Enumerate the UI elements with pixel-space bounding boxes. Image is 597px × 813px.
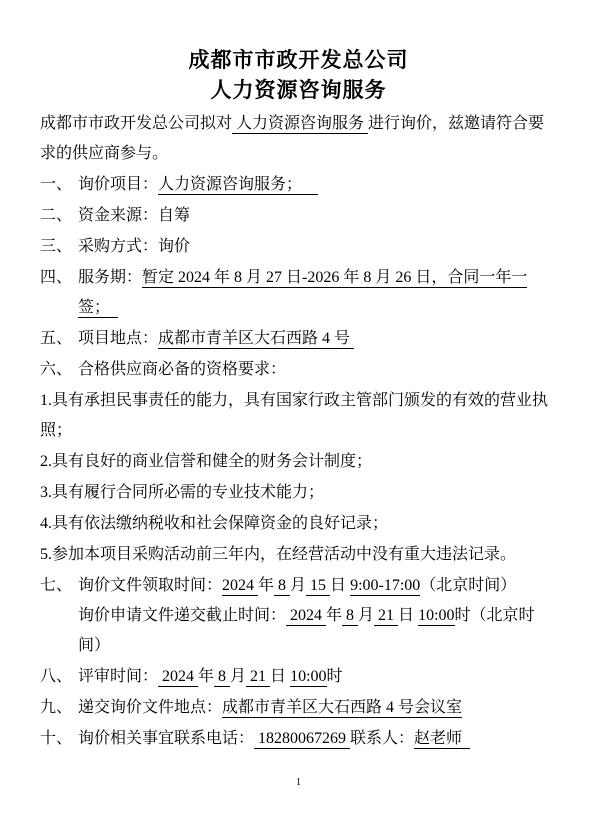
- clause-item: 六、合格供应商必备的资格要求：: [40, 355, 557, 385]
- underlined-value: 8: [214, 668, 230, 687]
- text-segment: 日: [330, 577, 350, 594]
- document-title-line-1: 成都市市政开发总公司: [40, 45, 557, 75]
- underlined-value: 8: [274, 577, 290, 596]
- underlined-value: 15: [306, 577, 330, 596]
- clause-item: 四、服务期：暂定 2024 年 8 月 27 日-2026 年 8 月 26 日…: [40, 263, 557, 323]
- underlined-value: 9:00-17:00: [350, 577, 420, 596]
- text-segment: 年: [198, 668, 214, 685]
- clause-paragraph: 询价申请文件递交截止时间： 2024 年 8 月 21 日 10:00时（北京时…: [78, 601, 557, 661]
- clause-paragraph: 4.具有依法缴纳税收和社会保障资金的良好记录；: [40, 509, 557, 539]
- clause-item: 十、询价相关事宜联系电话： 18280067269 联系人：赵老师: [40, 724, 557, 754]
- item-number-label: 一、: [40, 170, 78, 200]
- text-segment: 联系人：: [350, 730, 414, 747]
- item-number-label: 七、: [40, 571, 78, 601]
- document-page: 成都市市政开发总公司 人力资源咨询服务 成都市市政开发总公司拟对 人力资源咨询服…: [0, 0, 597, 813]
- clause-paragraph: 八、评审时间： 2024 年 8 月 21 日 10:00时: [78, 662, 557, 692]
- clause-paragraph: 四、服务期：暂定 2024 年 8 月 27 日-2026 年 8 月 26 日…: [78, 263, 557, 323]
- text-segment: 成都市市政开发总公司拟对: [40, 115, 232, 132]
- text-segment: 年: [326, 607, 342, 624]
- sub-clause-item: 1.具有承担民事责任的能力，具有国家行政主管部门颁发的有效的营业执照；: [40, 386, 557, 446]
- clause-paragraph: 一、询价项目：人力资源咨询服务；: [78, 170, 557, 200]
- item-number-label: 四、: [40, 263, 78, 293]
- text-segment: 4.具有依法缴纳税收和社会保障资金的良好记录；: [40, 515, 388, 532]
- text-segment: 评审时间：: [78, 668, 158, 685]
- clause-paragraph: 2.具有良好的商业信誉和健全的财务会计制度；: [40, 447, 557, 477]
- clause-paragraph: 九、递交询价文件地点：成都市青羊区大石西路 4 号会议室: [78, 693, 557, 723]
- underlined-value: 成都市青羊区大石西路 4 号会议室: [222, 699, 462, 718]
- clause-item: 三、采购方式：询价: [40, 232, 557, 262]
- clause-paragraph: 五、项目地点：成都市青羊区大石西路 4 号: [78, 324, 557, 354]
- clause-paragraph: 二、资金来源：自筹: [78, 201, 557, 231]
- underlined-value: 2024: [158, 668, 198, 687]
- item-number-label: 二、: [40, 201, 78, 231]
- text-segment: 3.具有履行合同所必需的专业技术能力；: [40, 484, 324, 501]
- underlined-value: 21: [374, 607, 398, 626]
- item-number-label: 三、: [40, 232, 78, 262]
- text-segment: 1.具有承担民事责任的能力，具有国家行政主管部门颁发的有效的营业执照；: [40, 392, 548, 439]
- text-segment: 询价申请文件递交截止时间：: [78, 607, 286, 624]
- clause-paragraph: 3.具有履行合同所必需的专业技术能力；: [40, 478, 557, 508]
- text-segment: 合格供应商必备的资格要求：: [78, 361, 286, 378]
- document-title-line-2: 人力资源咨询服务: [40, 75, 557, 105]
- text-segment: （北京时间）: [420, 577, 516, 594]
- underlined-value: 18280067269: [254, 730, 350, 749]
- sub-clause-item: 5.参加本项目采购活动前三年内，在经营活动中没有重大违法记录。: [40, 540, 557, 570]
- clause-paragraph: 七、询价文件领取时间：2024 年 8 月 15 日 9:00-17:00（北京…: [78, 571, 557, 601]
- text-segment: 5.参加本项目采购活动前三年内，在经营活动中没有重大违法记录。: [40, 546, 516, 563]
- text-segment: 项目地点：: [78, 330, 158, 347]
- clause-item: 九、递交询价文件地点：成都市青羊区大石西路 4 号会议室: [40, 693, 557, 723]
- sub-clause-item: 3.具有履行合同所必需的专业技术能力；: [40, 478, 557, 508]
- text-segment: 询价项目：: [78, 176, 158, 193]
- clause-item: 二、资金来源：自筹: [40, 201, 557, 231]
- underlined-value: 10:00: [290, 668, 326, 687]
- text-segment: 2.具有良好的商业信誉和健全的财务会计制度；: [40, 453, 372, 470]
- underlined-value: 暂定 2024 年 8 月 27 日-2026 年 8 月 26 日，合同一年一…: [78, 269, 527, 318]
- text-segment: 服务期：: [78, 269, 142, 286]
- underlined-value: 人力资源咨询服务；: [158, 176, 318, 195]
- item-number-label: 九、: [40, 693, 78, 723]
- underlined-value: 21: [246, 668, 270, 687]
- underlined-value: 8: [342, 607, 358, 626]
- clause-item: 七、询价文件领取时间：2024 年 8 月 15 日 9:00-17:00（北京…: [40, 571, 557, 661]
- clause-item: 一、询价项目：人力资源咨询服务；: [40, 170, 557, 200]
- clause-paragraph: 六、合格供应商必备的资格要求：: [78, 355, 557, 385]
- text-segment: 日: [270, 668, 290, 685]
- underlined-value: 成都市青羊区大石西路 4 号: [158, 330, 354, 349]
- item-number-label: 六、: [40, 355, 78, 385]
- text-segment: 递交询价文件地点：: [78, 699, 222, 716]
- clause-list: 一、询价项目：人力资源咨询服务； 二、资金来源：自筹三、采购方式：询价四、服务期…: [40, 170, 557, 754]
- underlined-value: 10:00: [418, 607, 454, 626]
- clause-paragraph: 5.参加本项目采购活动前三年内，在经营活动中没有重大违法记录。: [40, 540, 557, 570]
- underlined-value: 2024: [222, 577, 258, 596]
- text-segment: 月: [358, 607, 374, 624]
- clause-paragraph: 十、询价相关事宜联系电话： 18280067269 联系人：赵老师: [78, 724, 557, 754]
- intro-paragraph: 成都市市政开发总公司拟对 人力资源咨询服务 进行询价，兹邀请符合要求的供应商参与…: [40, 109, 557, 169]
- text-segment: 采购方式：询价: [78, 238, 190, 255]
- clause-item: 五、项目地点：成都市青羊区大石西路 4 号: [40, 324, 557, 354]
- text-segment: 月: [230, 668, 246, 685]
- page-number: 1: [0, 776, 597, 790]
- sub-clause-item: 4.具有依法缴纳税收和社会保障资金的良好记录；: [40, 509, 557, 539]
- sub-clause-item: 2.具有良好的商业信誉和健全的财务会计制度；: [40, 447, 557, 477]
- item-number-label: 十、: [40, 724, 78, 754]
- underlined-value: 赵老师: [414, 730, 470, 749]
- text-segment: 时: [327, 668, 343, 685]
- clause-paragraph: 三、采购方式：询价: [78, 232, 557, 262]
- text-segment: 月: [290, 577, 306, 594]
- clause-paragraph: 1.具有承担民事责任的能力，具有国家行政主管部门颁发的有效的营业执照；: [40, 386, 557, 446]
- text-segment: 年: [258, 577, 274, 594]
- text-segment: 询价文件领取时间：: [78, 577, 222, 594]
- text-segment: 日: [398, 607, 418, 624]
- underlined-value: 人力资源咨询服务: [232, 115, 368, 134]
- underlined-value: 2024: [286, 607, 326, 626]
- text-segment: 资金来源：自筹: [78, 207, 190, 224]
- item-number-label: 五、: [40, 324, 78, 354]
- item-number-label: 八、: [40, 662, 78, 692]
- text-segment: 询价相关事宜联系电话：: [78, 730, 254, 747]
- clause-item: 八、评审时间： 2024 年 8 月 21 日 10:00时: [40, 662, 557, 692]
